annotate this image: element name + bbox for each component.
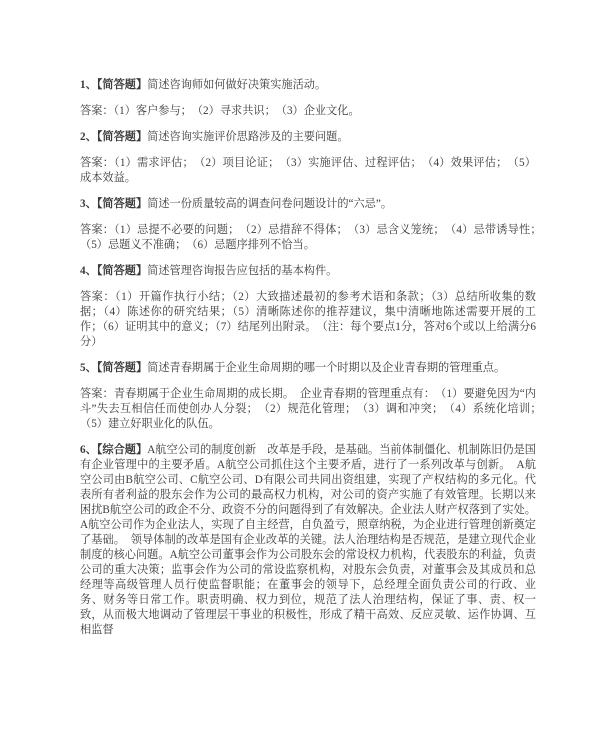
question-number: 4、: [80, 265, 97, 277]
question-line: 2、【简答题】简述咨询实施评价思路涉及的主要问题。: [80, 130, 536, 145]
answer-text: 答案：（1）客户参与； （2）寻求共识； （3）企业文化。: [80, 104, 536, 119]
answer-text: 答案：（1）忌提不必要的问题； （2）忌措辞不得体； （3）忌含义笼统； （4）…: [80, 223, 536, 253]
question-line: 4、【简答题】简述管理咨询报告应包括的基本构件。: [80, 264, 536, 279]
question-text: A航空公司的制度创新 改革是手段，是基础。当前体制僵化、机制陈旧仍是国有企业管理…: [80, 444, 536, 636]
answer-text: 答案：青春期属于企业生命周期的成长期。 企业青春期的管理重点有： （1）要避免因…: [80, 387, 536, 432]
question-type-tag: 【综合题】: [97, 444, 147, 456]
question-type-tag: 【简答题】: [97, 198, 147, 210]
question-type-tag: 【简答题】: [97, 131, 147, 143]
question-text: 简述一份质量较高的调查问卷问题设计的“六忌”。: [147, 198, 392, 210]
question-text: 简述咨询实施评价思路涉及的主要问题。: [147, 131, 348, 143]
question-type-tag: 【简答题】: [97, 79, 147, 91]
answer-text: 答案：（1）开篇作执行小结；（2）大致描述最初的参考术语和条款；（3）总结所收集…: [80, 290, 536, 350]
question-line: 5、【简答题】简述青春期属于企业生命周期的哪一个时期以及企业青春期的管理重点。: [80, 361, 536, 376]
question-line: 1、【简答题】简述咨询师如何做好决策实施活动。: [80, 78, 536, 93]
question-item-2: 2、【简答题】简述咨询实施评价思路涉及的主要问题。 答案：（1）需求评估； （2…: [80, 130, 536, 186]
document-content: 1、【简答题】简述咨询师如何做好决策实施活动。 答案：（1）客户参与； （2）寻…: [80, 78, 536, 649]
answer-text: 答案：（1）需求评估； （2）项目论证； （3）实施评估、过程评估； （4）效果…: [80, 156, 536, 186]
question-item-4: 4、【简答题】简述管理咨询报告应包括的基本构件。 答案：（1）开篇作执行小结；（…: [80, 264, 536, 350]
question-line: 6、【综合题】A航空公司的制度创新 改革是手段，是基础。当前体制僵化、机制陈旧仍…: [80, 443, 536, 638]
question-number: 2、: [80, 131, 97, 143]
question-number: 6、: [80, 444, 97, 456]
question-type-tag: 【简答题】: [97, 265, 147, 277]
question-item-3: 3、【简答题】简述一份质量较高的调查问卷问题设计的“六忌”。 答案：（1）忌提不…: [80, 197, 536, 253]
question-type-tag: 【简答题】: [97, 362, 147, 374]
question-number: 3、: [80, 198, 97, 210]
question-text: 简述咨询师如何做好决策实施活动。: [147, 79, 326, 91]
document-page: 1、【简答题】简述咨询师如何做好决策实施活动。 答案：（1）客户参与； （2）寻…: [0, 0, 612, 732]
question-text: 简述青春期属于企业生命周期的哪一个时期以及企业青春期的管理重点。: [147, 362, 505, 374]
question-item-5: 5、【简答题】简述青春期属于企业生命周期的哪一个时期以及企业青春期的管理重点。 …: [80, 361, 536, 432]
question-item-1: 1、【简答题】简述咨询师如何做好决策实施活动。 答案：（1）客户参与； （2）寻…: [80, 78, 536, 119]
question-item-6: 6、【综合题】A航空公司的制度创新 改革是手段，是基础。当前体制僵化、机制陈旧仍…: [80, 443, 536, 638]
question-line: 3、【简答题】简述一份质量较高的调查问卷问题设计的“六忌”。: [80, 197, 536, 212]
question-text: 简述管理咨询报告应包括的基本构件。: [147, 265, 337, 277]
question-number: 5、: [80, 362, 97, 374]
question-number: 1、: [80, 79, 97, 91]
